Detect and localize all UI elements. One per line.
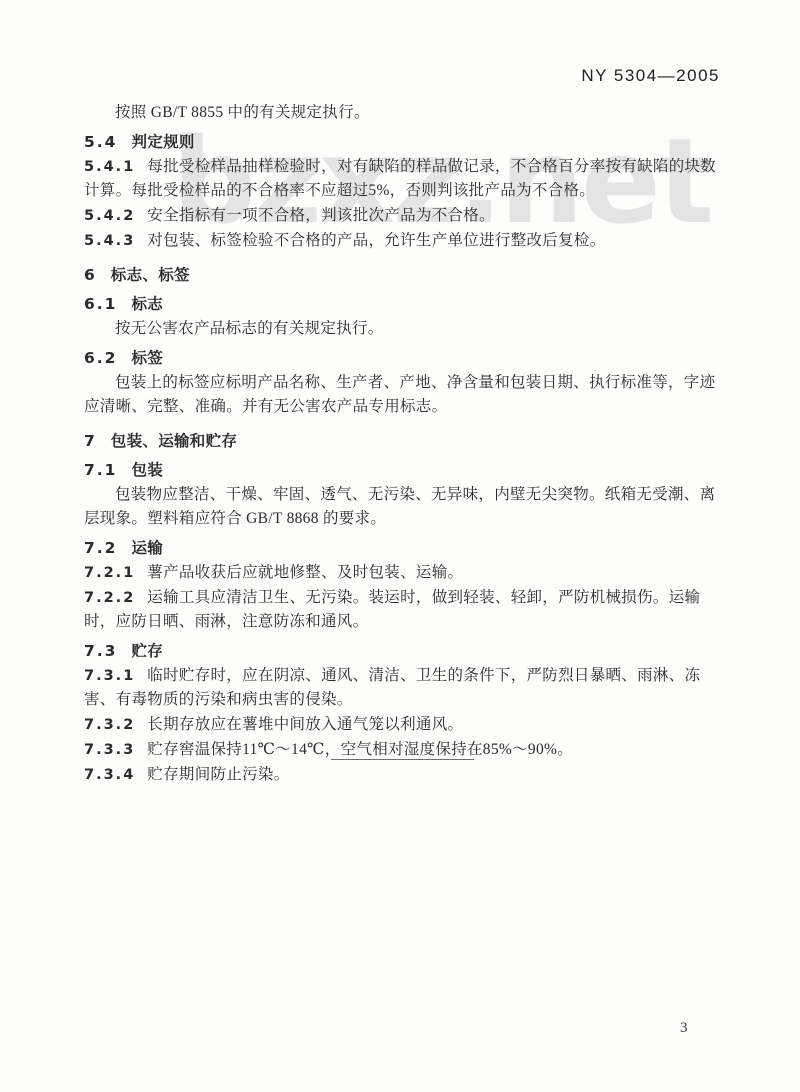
clause-text: 薯产品收获后应就地修整、及时包装、运输。 (147, 564, 463, 581)
heading-number: 7.2 (84, 539, 117, 557)
heading-number: 6.2 (84, 349, 117, 367)
paragraph-7-1: 包装物应整洁、干燥、牢固、透气、无污染、无异味，内壁无尖突物。纸箱无受潮、离层现… (84, 483, 720, 531)
clause-7-2-1: 7.2.1薯产品收获后应就地修整、及时包装、运输。 (84, 561, 720, 585)
heading-number: 6 (84, 266, 97, 284)
heading-number: 7.1 (84, 461, 117, 479)
heading-7-3: 7.3贮存 (84, 639, 720, 663)
clause-number: 7.3.1 (84, 668, 135, 684)
heading-7-1: 7.1包装 (84, 458, 720, 482)
paragraph-6-2: 包装上的标签应标明产品名称、生产者、产地、净含量和包装日期、执行标准等，字迹应清… (84, 371, 720, 419)
clause-7-3-1: 7.3.1临时贮存时，应在阴凉、通风、清洁、卫生的条件下，严防烈日暴晒、雨淋、冻… (84, 664, 720, 712)
heading-number: 7 (84, 432, 97, 450)
clause-7-3-4: 7.3.4贮存期间防止污染。 (84, 763, 720, 787)
heading-title: 标志 (131, 295, 163, 313)
heading-6-1: 6.1标志 (84, 292, 720, 316)
clause-text: 安全指标有一项不合格，判该批次产品为不合格。 (147, 207, 495, 224)
clause-text: 长期存放应在薯堆中间放入通气笼以利通风。 (147, 716, 463, 733)
page-number: 3 (680, 1020, 688, 1037)
heading-number: 6.1 (84, 295, 117, 313)
scanned-document-page: bzxz.net NY 5304—2005 按照 GB/T 8855 中的有关规… (0, 0, 800, 1092)
end-of-text-divider (331, 759, 474, 760)
clause-text: 每批受检样品抽样检验时，对有缺陷的样品做记录，不合格百分率按有缺陷的块数计算。每… (84, 158, 716, 199)
heading-5-4: 5.4判定规则 (84, 130, 720, 154)
heading-title: 判定规则 (131, 133, 194, 151)
clause-5-4-2: 5.4.2安全指标有一项不合格，判该批次产品为不合格。 (84, 204, 720, 228)
clause-number: 5.4.2 (84, 208, 135, 224)
heading-6: 6标志、标签 (84, 263, 720, 287)
heading-7-2: 7.2运输 (84, 536, 720, 560)
heading-title: 运输 (131, 539, 163, 557)
clause-number: 7.3.4 (84, 767, 135, 783)
clause-number: 7.3.2 (84, 717, 135, 733)
heading-title: 标签 (131, 349, 163, 367)
heading-title: 标志、标签 (111, 266, 190, 284)
heading-number: 7.3 (84, 642, 117, 660)
clause-7-2-2: 7.2.2运输工具应清洁卫生、无污染。装运时，做到轻装、轻卸，严防机械损伤。运输… (84, 586, 720, 634)
heading-number: 5.4 (84, 133, 117, 151)
clause-5-4-1: 5.4.1每批受检样品抽样检验时，对有缺陷的样品做记录，不合格百分率按有缺陷的块… (84, 155, 720, 203)
heading-title: 包装 (131, 461, 163, 479)
heading-title: 包装、运输和贮存 (111, 432, 237, 450)
clause-number: 7.3.3 (84, 742, 135, 758)
clause-text: 运输工具应清洁卫生、无污染。装运时，做到轻装、轻卸，严防机械损伤。运输时，应防日… (84, 589, 700, 630)
intro-paragraph: 按照 GB/T 8855 中的有关规定执行。 (84, 101, 720, 125)
heading-7: 7包装、运输和贮存 (84, 429, 720, 453)
heading-title: 贮存 (131, 642, 163, 660)
clause-number: 7.2.1 (84, 565, 135, 581)
clause-7-3-2: 7.3.2长期存放应在薯堆中间放入通气笼以利通风。 (84, 713, 720, 737)
clause-text: 贮存期间防止污染。 (147, 766, 289, 783)
clause-number: 5.4.1 (84, 159, 135, 175)
standard-code: NY 5304—2005 (581, 66, 720, 86)
clause-text: 贮存窖温保持11℃～14℃，空气相对湿度保持在85%～90%。 (147, 741, 573, 758)
paragraph-6-1: 按无公害农产品标志的有关规定执行。 (84, 317, 720, 341)
clause-text: 临时贮存时，应在阴凉、通风、清洁、卫生的条件下，严防烈日暴晒、雨淋、冻害、有毒物… (84, 667, 700, 708)
clause-5-4-3: 5.4.3对包装、标签检验不合格的产品，允许生产单位进行整改后复检。 (84, 229, 720, 253)
clause-text: 对包装、标签检验不合格的产品，允许生产单位进行整改后复检。 (147, 232, 605, 249)
clause-number: 7.2.2 (84, 590, 135, 606)
document-body: 按照 GB/T 8855 中的有关规定执行。 5.4判定规则 5.4.1每批受检… (84, 101, 720, 788)
heading-6-2: 6.2标签 (84, 346, 720, 370)
clause-number: 5.4.3 (84, 233, 135, 249)
